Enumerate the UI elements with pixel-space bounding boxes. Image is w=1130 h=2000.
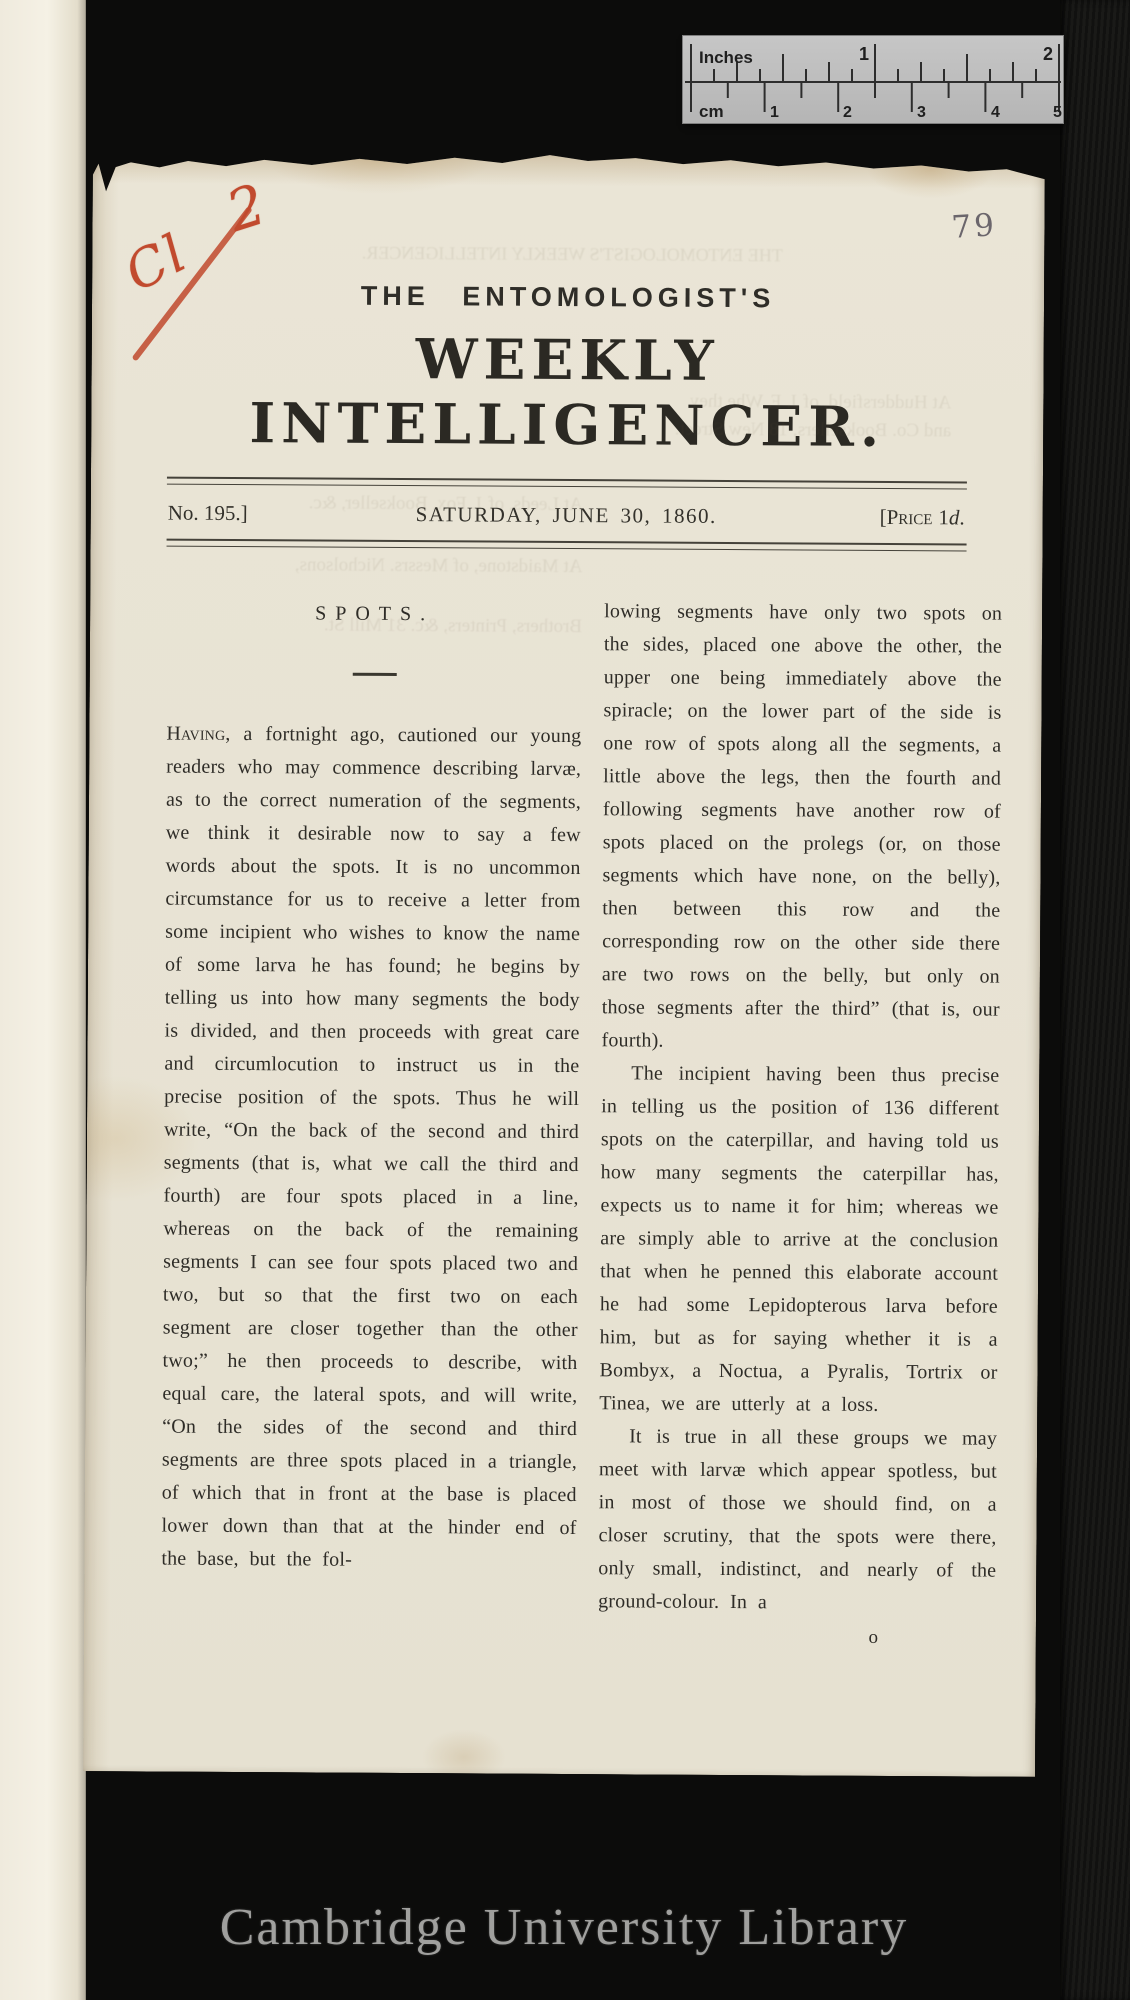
ruler-inch-1: 1 [859, 44, 869, 64]
divider-rule-top [167, 477, 967, 490]
ghost-line: THE ENTOMOLOGIST'S WEEKLY INTELLIGENCER. [292, 242, 852, 266]
ruler-cm-1: 1 [770, 104, 779, 121]
article-columns: SPOTS. Having, a fortnight ago, cautione… [161, 593, 1002, 1655]
price-word: Price [887, 505, 933, 529]
ruler-inches-label: Inches [699, 48, 753, 67]
masthead-title: WEEKLY INTELLIGENCER. [91, 324, 1044, 460]
paragraph-lead-text: a fortnight ago, cautioned our young rea… [161, 723, 581, 1571]
issue-number: No. 195.] [168, 501, 416, 528]
ruler-inch-2: 2 [1043, 44, 1053, 64]
price-value: 1 [938, 505, 949, 529]
masthead-pretitle: THE ENTOMOLOGIST'S [92, 279, 1044, 316]
column-left: SPOTS. Having, a fortnight ago, cautione… [161, 593, 582, 1653]
torn-edge-shading [93, 149, 1045, 189]
paragraph-continuation: lowing segments have only two spots on t… [601, 595, 1002, 1059]
column-right: lowing segments have only two spots on t… [598, 595, 1002, 1654]
ruler-cm-label: cm [699, 102, 724, 121]
divider-rule-bottom [167, 539, 967, 552]
article-heading: SPOTS. [167, 597, 582, 633]
scanned-page: THE ENTOMOLOGIST'S WEEKLY INTELLIGENCER.… [83, 149, 1045, 1777]
facing-page-edge [0, 0, 86, 2000]
paragraph-lead: Having, a fortnight ago, cautioned our y… [161, 718, 581, 1579]
issue-date: SATURDAY, JUNE 30, 1860. [416, 502, 717, 529]
library-watermark: Cambridge University Library [88, 1898, 1040, 1957]
measurement-ruler: Inches 1 2 cm 1 2 3 4 5 [683, 36, 1063, 123]
issue-line: No. 195.] SATURDAY, JUNE 30, 1860. [Pric… [168, 501, 965, 531]
folio-number: 79 [950, 207, 998, 246]
price-unit: d [949, 505, 960, 529]
classmark-number: 2 [220, 172, 274, 245]
ruler-cm-5: 5 [1053, 104, 1062, 121]
paragraph-incipient: The incipient having been thus precise i… [599, 1057, 999, 1422]
issue-price: [Price1d. [717, 504, 965, 531]
lead-word: Having, [166, 723, 230, 745]
ruler-cm-2: 2 [843, 104, 852, 121]
paragraph-groups: It is true in all these groups we may me… [598, 1420, 997, 1620]
heading-rule [352, 673, 396, 676]
background-cloth-band [1060, 0, 1130, 2000]
price-period: . [959, 505, 964, 529]
ruler-cm-4: 4 [991, 104, 1000, 121]
ghost-line: At Maidstone, of Messrs. Nicholsons, [152, 553, 582, 578]
ruler-cm-3: 3 [917, 104, 926, 121]
ruler-graphic: Inches 1 2 cm 1 2 3 4 5 [683, 36, 1063, 123]
signature-mark: o [598, 1619, 996, 1654]
